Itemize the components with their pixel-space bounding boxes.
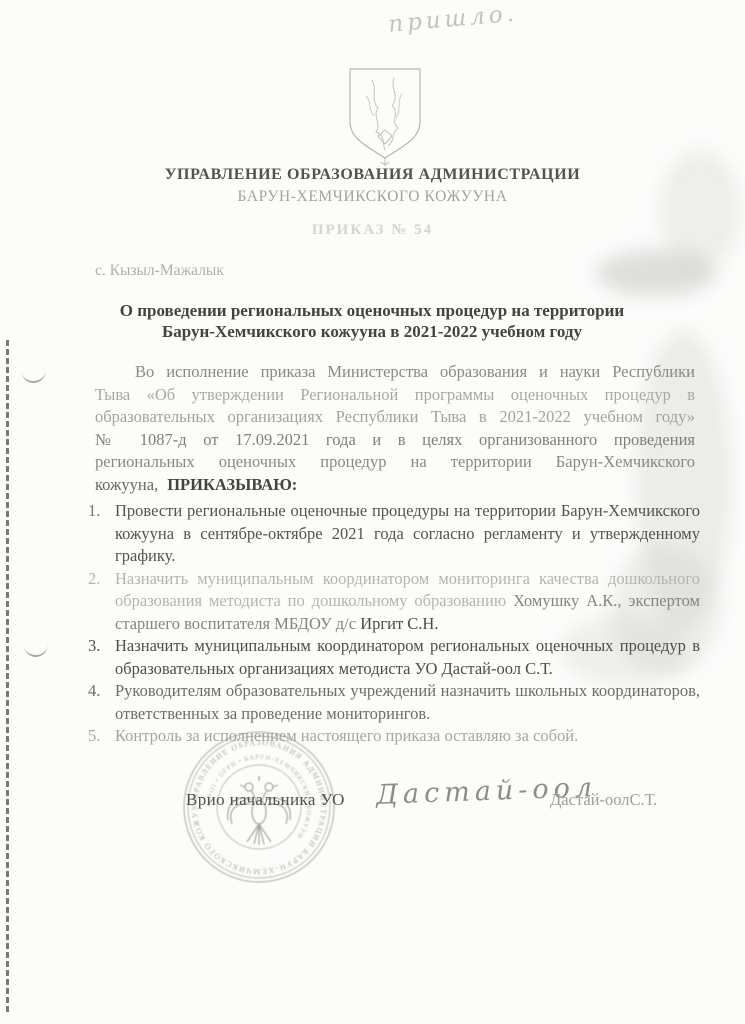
intro-line-text: кожууна, bbox=[95, 475, 158, 494]
intro-paragraph: Во исполнение приказа Министерства образ… bbox=[95, 361, 695, 496]
intro-line: региональных оценочных процедур на терри… bbox=[95, 451, 695, 474]
item-text: Руководителям образовательных учреждений… bbox=[115, 680, 700, 725]
document-title-line2: Барун-Хемчикского кожууна в 2021-2022 уч… bbox=[72, 321, 672, 342]
document-title-line1: О проведении региональных оценочных проц… bbox=[72, 300, 672, 321]
item-text: Провести региональные оценочные процедур… bbox=[115, 500, 700, 568]
item-text: Назначить муниципальным координатором ре… bbox=[115, 635, 700, 680]
margin-pen-mark bbox=[24, 644, 48, 658]
org-name-line1: УПРАВЛЕНИЕ ОБРАЗОВАНИЯ АДМИНИСТРАЦИИ bbox=[0, 166, 745, 184]
item-number: 4. bbox=[88, 680, 115, 725]
intro-line: Во исполнение приказа Министерства образ… bbox=[95, 361, 695, 384]
intro-line: образовательных организациях Республики … bbox=[95, 406, 695, 429]
scanned-order-page: пришло. УПРАВЛЕНИЕ ОБРАЗОВАНИЯ АДМИНИСТР… bbox=[0, 0, 745, 1024]
order-item-3: 3. Назначить муниципальным координатором… bbox=[88, 635, 700, 680]
order-item-4: 4. Руководителям образовательных учрежде… bbox=[88, 680, 700, 725]
margin-pen-mark bbox=[22, 369, 47, 384]
item-text-dark: Иргит С.Н. bbox=[360, 614, 438, 633]
item-number: 5. bbox=[88, 725, 115, 748]
double-eagle-icon bbox=[228, 776, 291, 845]
order-items-list: 1. Провести региональные оценочные проце… bbox=[88, 500, 700, 748]
signer-name: Дастай-оолС.Т. bbox=[550, 790, 657, 810]
order-number-label: ПРИКАЗ № 54 bbox=[0, 222, 745, 239]
org-name-line2: БАРУН-ХЕМЧИКСКОГО КОЖУУНА bbox=[0, 188, 745, 206]
handwritten-note: пришло. bbox=[387, 0, 569, 38]
signer-position-label: Врио начальника УО bbox=[186, 790, 345, 810]
intro-line: Тыва «Об утверждении Региональной програ… bbox=[95, 384, 695, 407]
item-number: 2. bbox=[88, 568, 115, 636]
prikazyvayu-keyword: ПРИКАЗЫВАЮ: bbox=[167, 475, 297, 494]
order-item-2: 2. Назначить муниципальным координатором… bbox=[88, 568, 700, 636]
order-item-1: 1. Провести региональные оценочные проце… bbox=[88, 500, 700, 568]
intro-line: № 1087-д от 17.09.2021 года и в целях ор… bbox=[95, 429, 695, 452]
intro-line: кожууна,ПРИКАЗЫВАЮ: bbox=[95, 474, 695, 497]
place-label: с. Кызыл-Мажалык bbox=[95, 262, 224, 280]
item-text: Назначить муниципальным координатором мо… bbox=[115, 568, 700, 636]
document-title: О проведении региональных оценочных проц… bbox=[72, 300, 672, 342]
item-number: 3. bbox=[88, 635, 115, 680]
coat-of-arms-icon bbox=[342, 66, 428, 170]
scan-edge-line bbox=[6, 340, 9, 1012]
item-number: 1. bbox=[88, 500, 115, 568]
